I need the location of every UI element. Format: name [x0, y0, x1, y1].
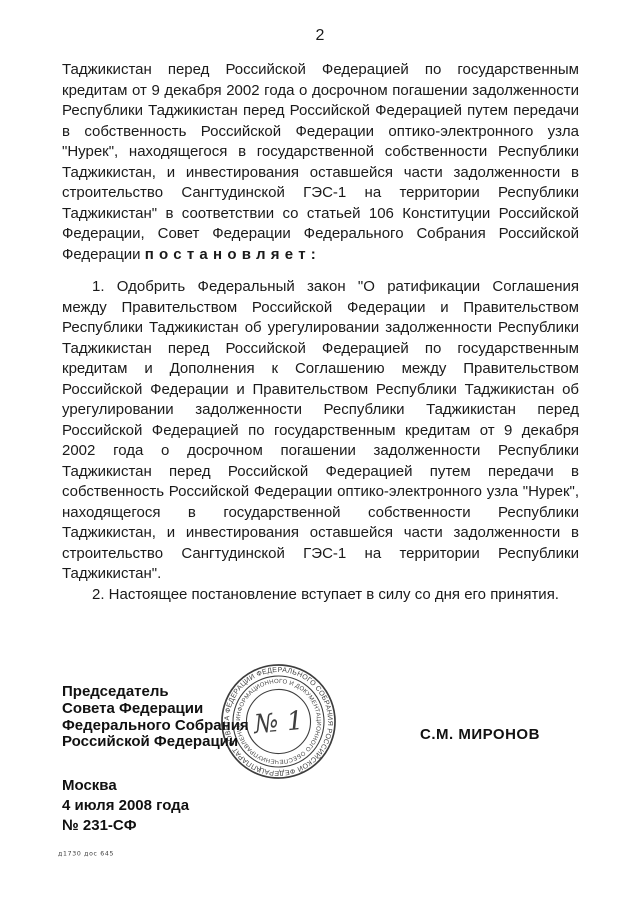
resolution-word: постановляет: — [145, 246, 321, 263]
continuation-text: Таджикистан перед Российской Федерацией … — [62, 61, 579, 263]
paragraph-item-2: 2. Настоящее постановление вступает в си… — [62, 585, 579, 606]
issued-city: Москва — [62, 776, 189, 796]
issued-date: 4 июля 2008 года — [62, 796, 189, 816]
stamp-center-number: № 1 — [252, 706, 305, 740]
signatory-name: С.М. МИРОНОВ — [420, 726, 540, 743]
page-number: 2 — [0, 27, 640, 45]
document-page: 2 Таджикистан перед Российской Федерацие… — [0, 0, 640, 900]
official-stamp-icon: АППАРАТ СОВЕТА ФЕДЕРАЦИИ ФЕДЕРАЛЬНОГО СО… — [214, 657, 343, 786]
issued-block: Москва 4 июля 2008 года № 231-СФ — [62, 776, 189, 836]
footer-code: д1730 дос 645 — [58, 850, 114, 857]
paragraph-continuation: Таджикистан перед Российской Федерацией … — [62, 60, 579, 265]
paragraph-item-1: 1. Одобрить Федеральный закон "О ратифик… — [62, 277, 579, 585]
document-body: Таджикистан перед Российской Федерацией … — [62, 60, 579, 605]
issued-number: № 231-СФ — [62, 816, 189, 836]
